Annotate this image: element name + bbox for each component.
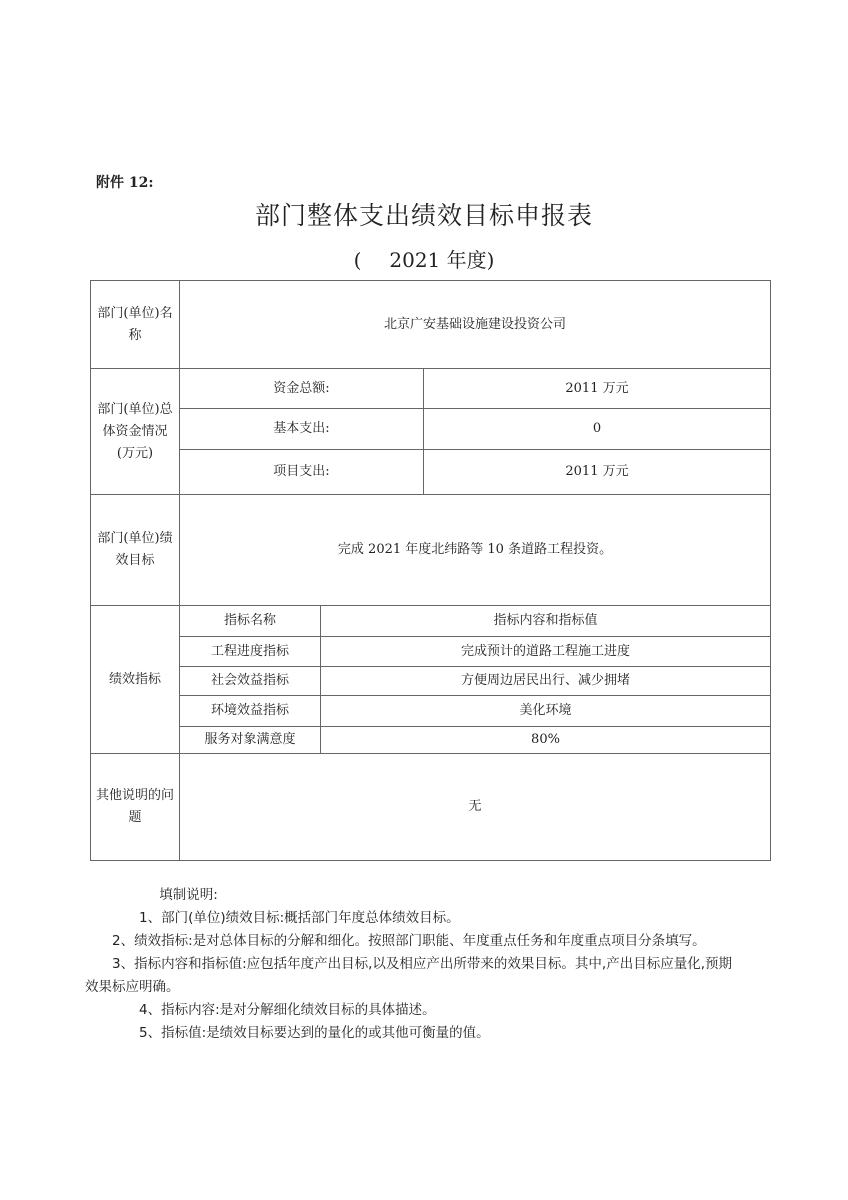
indicator-value: 美化环境	[321, 696, 771, 727]
fill-instructions: 填制说明: 1、部门(单位)绩效目标:概括部门年度总体绩效目标。 2、绩效指标:…	[112, 884, 732, 1045]
indicators-label: 绩效指标	[91, 606, 180, 754]
indicator-row: 服务对象满意度 80%	[91, 727, 771, 754]
indicator-value: 80%	[321, 727, 771, 754]
funds-project-value: 2011 万元	[424, 450, 771, 495]
unit-name-label: 部门(单位)名称	[91, 281, 180, 369]
indicator-row: 工程进度指标 完成预计的道路工程施工进度	[91, 637, 771, 667]
year-open-paren: (	[354, 248, 362, 272]
funds-row: 项目支出: 2011 万元	[91, 450, 771, 495]
funds-total-name: 资金总额:	[180, 369, 424, 409]
performance-form-table: 部门(单位)名称 北京广安基础设施建设投资公司 部门(单位)总体资金情况(万元)…	[90, 280, 771, 861]
other-value: 无	[180, 754, 771, 861]
year-line: (2021 年度)	[0, 244, 848, 273]
instructions-heading: 填制说明:	[112, 884, 732, 907]
instruction-item: 4、指标内容:是对分解细化绩效目标的具体描述。	[112, 999, 732, 1022]
funds-label: 部门(单位)总体资金情况(万元)	[91, 369, 180, 495]
indicator-header-value: 指标内容和指标值	[321, 606, 771, 637]
indicator-value: 完成预计的道路工程施工进度	[321, 637, 771, 667]
indicator-row: 社会效益指标 方便周边居民出行、减少拥堵	[91, 667, 771, 696]
goal-label: 部门(单位)绩效目标	[91, 495, 180, 606]
goal-row: 部门(单位)绩效目标 完成 2021 年度北纬路等 10 条道路工程投资。	[91, 495, 771, 606]
unit-name-value: 北京广安基础设施建设投资公司	[180, 281, 771, 369]
instruction-item: 2、绩效指标:是对总体目标的分解和细化。按照部门职能、年度重点任务和年度重点项目…	[85, 930, 732, 953]
indicator-value: 方便周边居民出行、减少拥堵	[321, 667, 771, 696]
funds-basic-name: 基本支出:	[180, 409, 424, 450]
indicator-header-name: 指标名称	[180, 606, 321, 637]
funds-total-value: 2011 万元	[424, 369, 771, 409]
instruction-item: 5、指标值:是绩效目标要达到的量化的或其他可衡量的值。	[112, 1022, 732, 1045]
indicator-name: 工程进度指标	[180, 637, 321, 667]
funds-basic-value: 0	[424, 409, 771, 450]
unit-name-row: 部门(单位)名称 北京广安基础设施建设投资公司	[91, 281, 771, 369]
instruction-item: 1、部门(单位)绩效目标:概括部门年度总体绩效目标。	[112, 907, 732, 930]
other-row: 其他说明的问题 无	[91, 754, 771, 861]
page-title: 部门整体支出绩效目标申报表	[0, 196, 848, 232]
indicator-name: 社会效益指标	[180, 667, 321, 696]
instruction-item: 3、指标内容和指标值:应包括年度产出目标,以及相应产出所带来的效果目标。其中,产…	[85, 953, 732, 999]
funds-row: 部门(单位)总体资金情况(万元) 资金总额: 2011 万元	[91, 369, 771, 409]
funds-project-name: 项目支出:	[180, 450, 424, 495]
attachment-label: 附件 12:	[96, 172, 154, 192]
indicator-header-row: 绩效指标 指标名称 指标内容和指标值	[91, 606, 771, 637]
funds-row: 基本支出: 0	[91, 409, 771, 450]
other-label: 其他说明的问题	[91, 754, 180, 861]
indicator-row: 环境效益指标 美化环境	[91, 696, 771, 727]
indicator-name: 环境效益指标	[180, 696, 321, 727]
goal-value: 完成 2021 年度北纬路等 10 条道路工程投资。	[180, 495, 771, 606]
year-text: 2021 年度)	[389, 248, 494, 272]
indicator-name: 服务对象满意度	[180, 727, 321, 754]
